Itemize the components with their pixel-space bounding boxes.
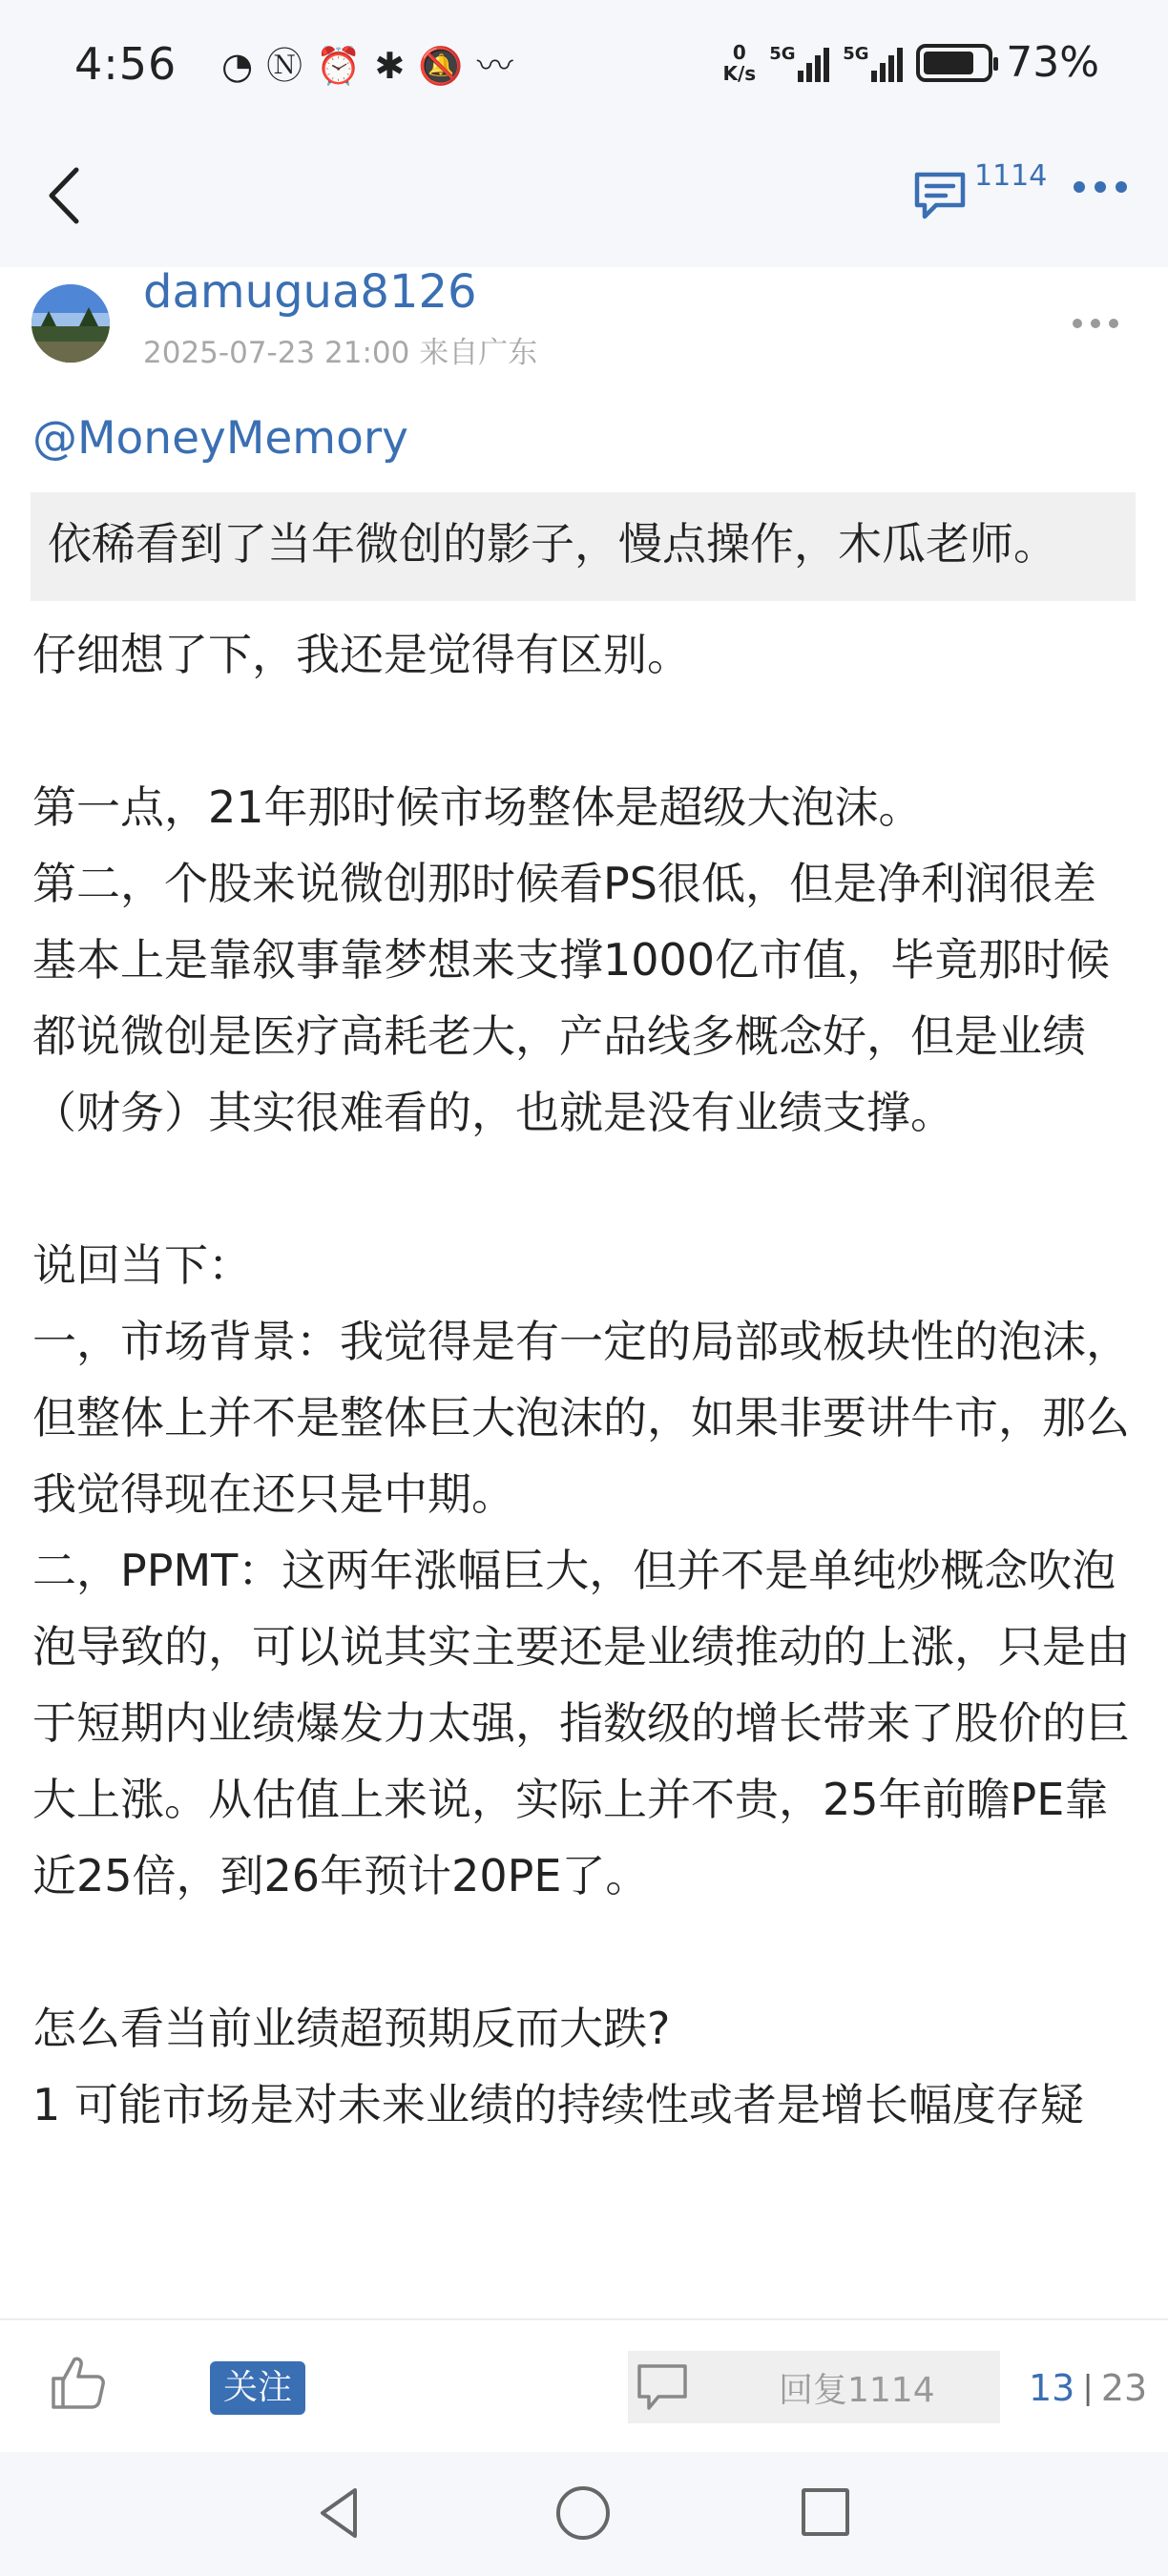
paragraph: 第一点，21年那时候市场整体是超级大泡沫。 bbox=[32, 769, 1139, 845]
signal-icon: 5G bbox=[769, 44, 829, 82]
battery-percent: 73% bbox=[1006, 38, 1099, 87]
eye-comfort-icon: 〰 bbox=[477, 44, 513, 88]
comments-button[interactable]: 1114 bbox=[911, 157, 1047, 224]
page-indicator[interactable]: 13 | 23 bbox=[1029, 2361, 1147, 2415]
status-time: 4:56 bbox=[74, 38, 177, 90]
follow-button[interactable]: 关注 bbox=[210, 2361, 305, 2415]
dot bbox=[1073, 319, 1082, 328]
paragraph: 说回当下： bbox=[32, 1227, 1139, 1303]
paragraph bbox=[32, 693, 1139, 769]
paragraph: 一，市场背景：我觉得是有一定的局部或板块性的泡沫，但整体上并不是整体巨大泡沫的，… bbox=[32, 1303, 1139, 1532]
dot bbox=[1109, 319, 1118, 328]
total-pages: 23 bbox=[1101, 2361, 1147, 2415]
paragraph: 仔细想了下，我还是觉得有区别。 bbox=[32, 616, 1139, 693]
dot bbox=[1074, 181, 1085, 193]
chat-bubble-icon bbox=[634, 2358, 691, 2416]
paragraph: 1 可能市场是对未来业绩的持续性或者是增长幅度存疑 bbox=[32, 2067, 1139, 2143]
thumbs-up-icon bbox=[48, 2352, 109, 2413]
screen: 4:56 ◔ Ⓝ ⏰ ✱ 🔕 〰 0 K/s 5G 5G 73% bbox=[0, 0, 1168, 2576]
quoted-text: 依稀看到了当年微创的影子，慢点操作，木瓜老师。 bbox=[31, 492, 1136, 601]
reply-placeholder: 回复1114 bbox=[779, 2363, 935, 2412]
paragraph: 第二，个股来说微创那时候看PS很低，但是净利润很差基本上是靠叙事靠梦想来支撑10… bbox=[32, 845, 1139, 1151]
post-more-button[interactable] bbox=[1073, 319, 1118, 328]
mention-link[interactable]: @MoneyMemory bbox=[32, 410, 1139, 467]
dot bbox=[1116, 181, 1127, 193]
back-button[interactable] bbox=[42, 162, 90, 229]
reply-input[interactable]: 回复1114 bbox=[628, 2351, 1000, 2423]
data-saver-icon: ◔ bbox=[221, 44, 253, 88]
chevron-left-icon bbox=[42, 162, 90, 229]
status-right: 0 K/s 5G 5G 73% bbox=[722, 38, 1099, 87]
triangle-back-icon bbox=[315, 2484, 363, 2542]
more-options-button[interactable] bbox=[1074, 181, 1127, 193]
alarm-icon: ⏰ bbox=[316, 44, 361, 88]
dot bbox=[1095, 181, 1106, 193]
like-button[interactable] bbox=[48, 2352, 109, 2413]
status-bar: 4:56 ◔ Ⓝ ⏰ ✱ 🔕 〰 0 K/s 5G 5G 73% bbox=[0, 0, 1168, 134]
post-meta: 2025-07-23 21:00 来自广东 bbox=[143, 328, 537, 371]
comment-icon bbox=[911, 167, 969, 224]
signal-icon: 5G bbox=[843, 44, 903, 82]
nfc-icon: Ⓝ bbox=[266, 44, 302, 88]
post-body: 仔细想了下，我还是觉得有区别。 第一点，21年那时候市场整体是超级大泡沫。 第二… bbox=[32, 616, 1139, 2143]
paragraph bbox=[32, 1914, 1139, 1990]
post-content: @MoneyMemory 依稀看到了当年微创的影子，慢点操作，木瓜老师。 仔细想… bbox=[32, 410, 1139, 2143]
system-back-button[interactable] bbox=[315, 2484, 363, 2542]
author-name[interactable]: damugua8126 bbox=[143, 265, 477, 319]
system-home-button[interactable] bbox=[556, 2486, 610, 2540]
bluetooth-icon: ✱ bbox=[375, 44, 406, 88]
battery-icon bbox=[916, 44, 992, 82]
page-separator: | bbox=[1082, 2361, 1093, 2415]
comment-count: 1114 bbox=[974, 159, 1047, 193]
avatar-landscape-icon bbox=[31, 284, 110, 363]
network-speed: 0 K/s bbox=[722, 42, 756, 84]
mute-icon: 🔕 bbox=[418, 44, 463, 88]
dot bbox=[1091, 319, 1100, 328]
current-page: 13 bbox=[1029, 2361, 1074, 2415]
avatar[interactable] bbox=[31, 284, 110, 363]
status-icons: ◔ Ⓝ ⏰ ✱ 🔕 〰 bbox=[221, 44, 513, 88]
paragraph: 二，PPMT：这两年涨幅巨大，但并不是单纯炒概念吹泡泡导致的，可以说其实主要还是… bbox=[32, 1532, 1139, 1914]
paragraph bbox=[32, 1151, 1139, 1227]
system-recents-button[interactable] bbox=[802, 2488, 849, 2536]
paragraph: 怎么看当前业绩超预期反而大跌? bbox=[32, 1990, 1139, 2067]
